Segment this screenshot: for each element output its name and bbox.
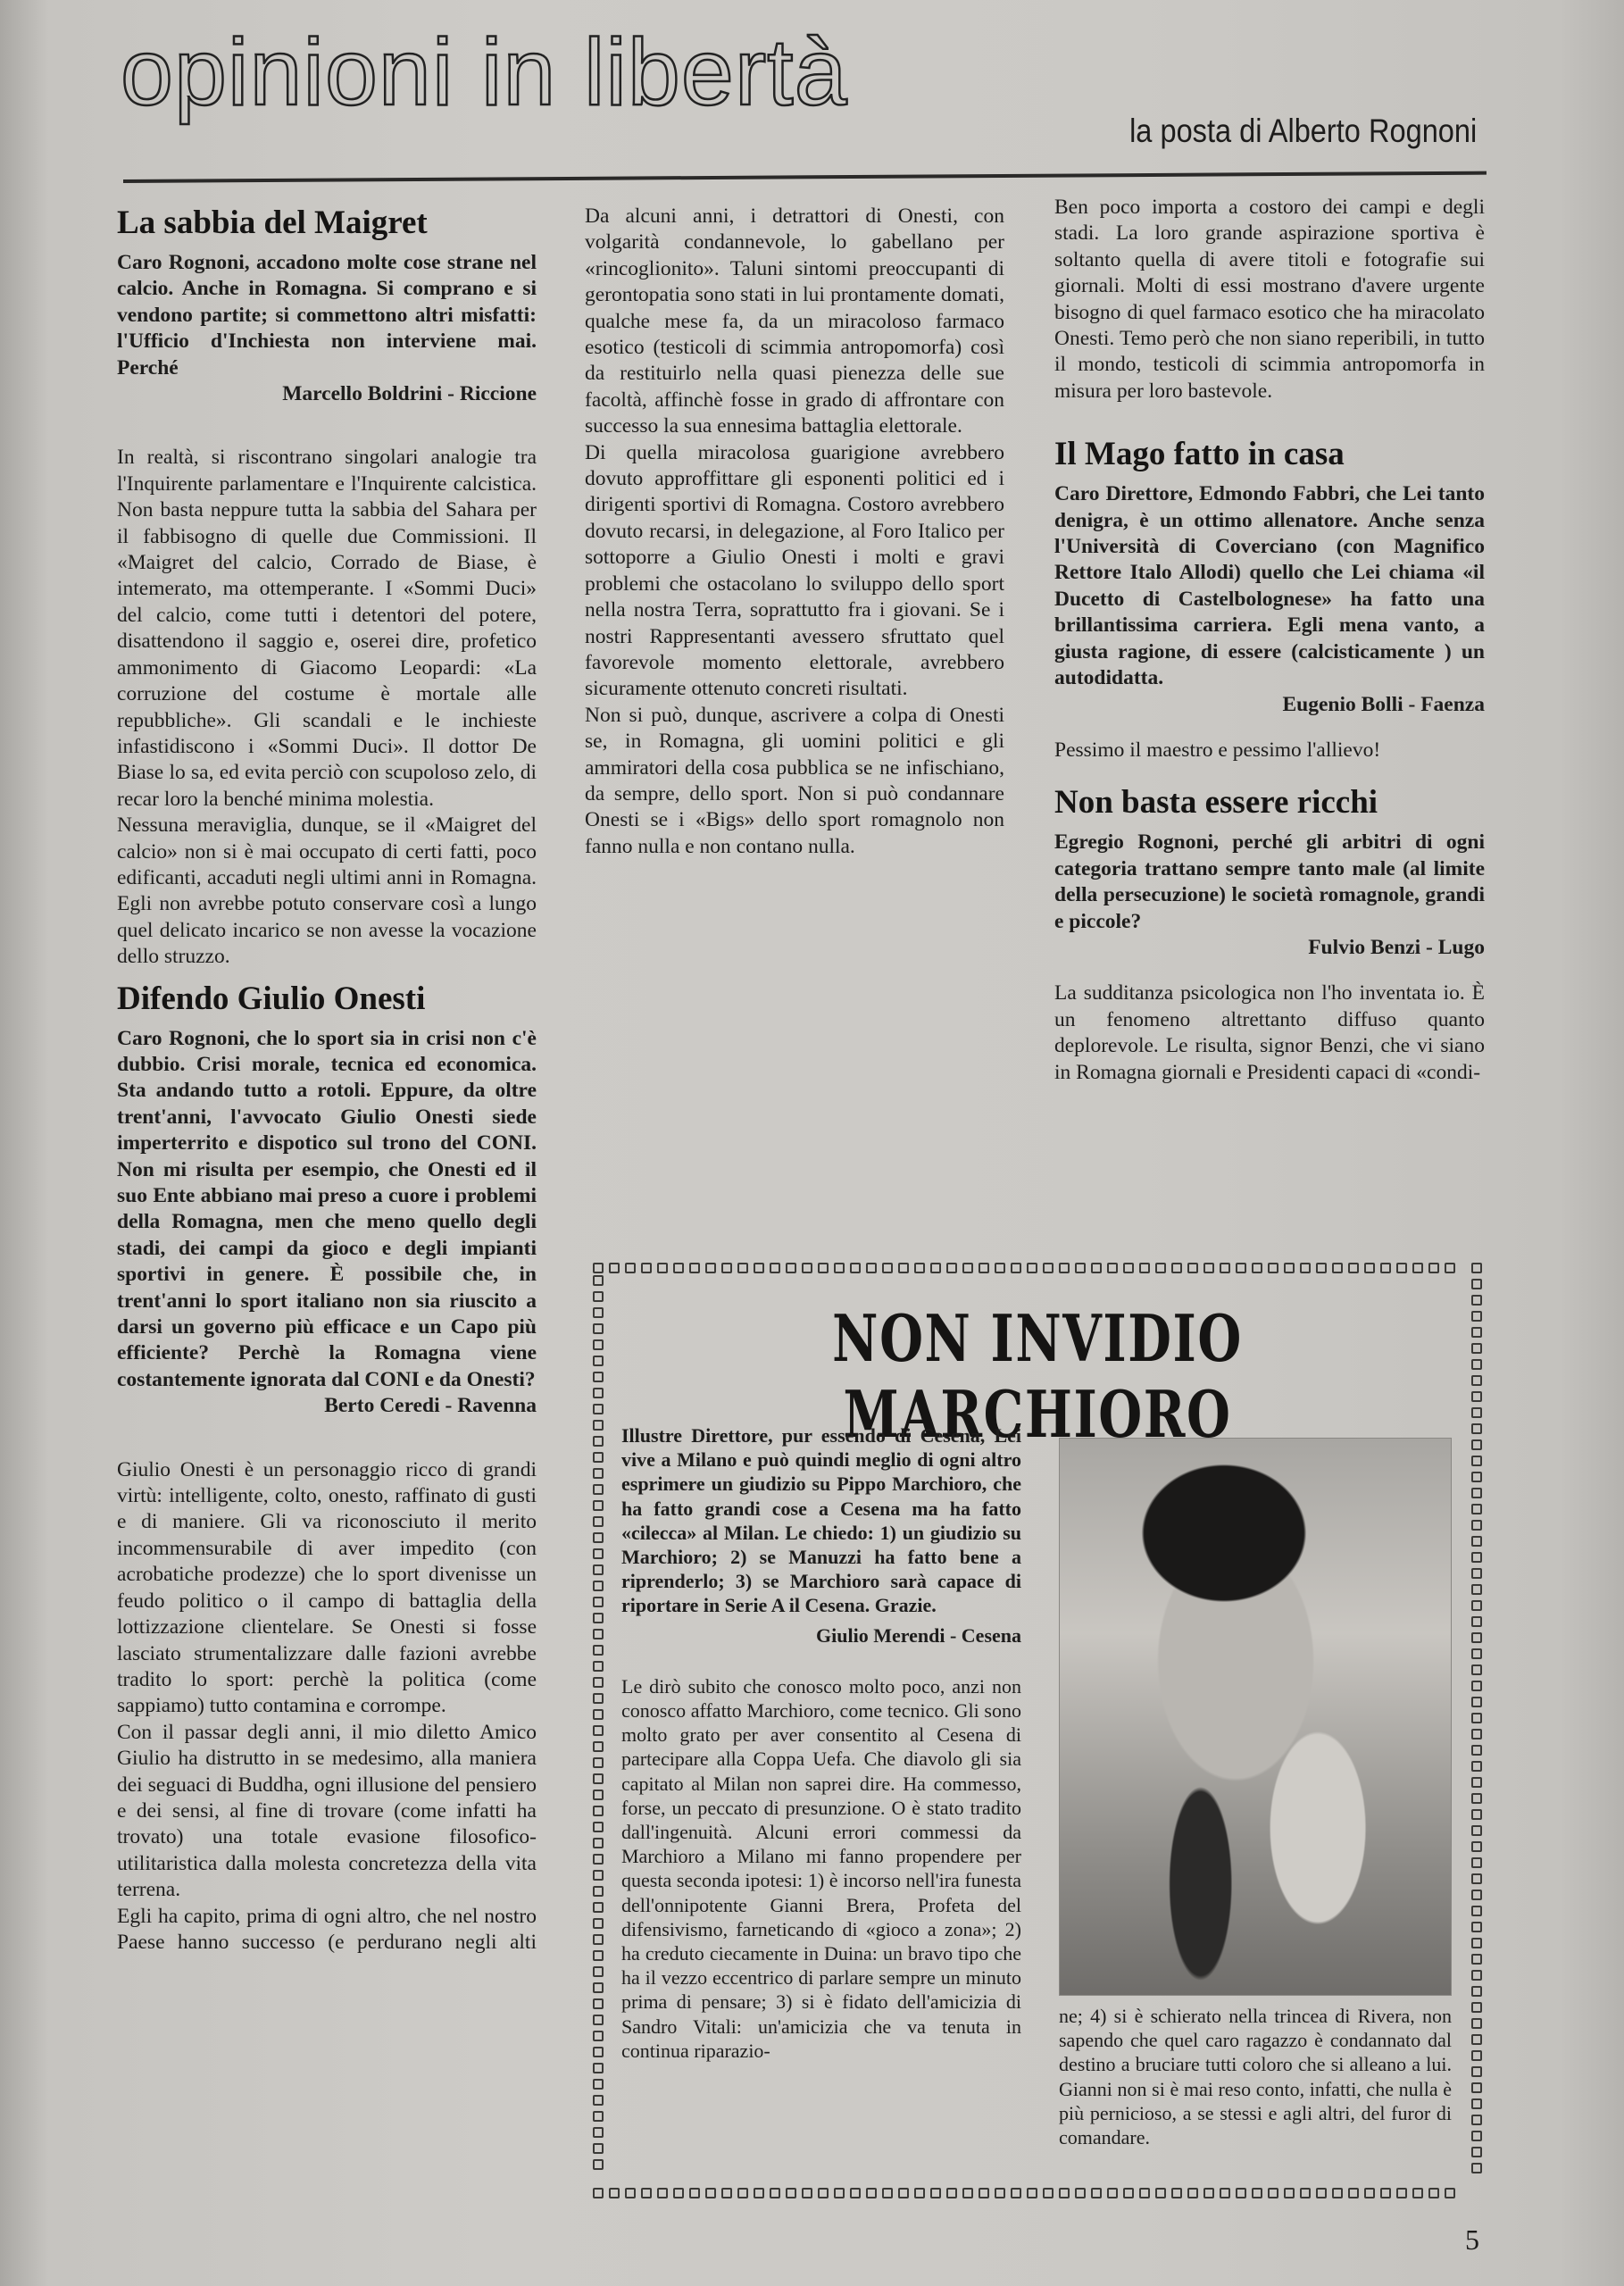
reader-letter: Caro Rognoni, accadono molte cose strane… <box>117 250 537 381</box>
border-square <box>1471 1986 1482 1997</box>
border-square <box>625 2188 636 2198</box>
border-square <box>1284 1263 1295 1273</box>
border-square <box>593 1372 604 1382</box>
border-square <box>898 2188 909 2198</box>
border-square <box>1471 1970 1482 1981</box>
reply-paragraph: In realtà, si riscontrano singolari anal… <box>117 445 537 813</box>
border-square <box>1471 1873 1482 1884</box>
border-square <box>1471 1632 1482 1643</box>
border-square <box>1091 1263 1102 1273</box>
border-square <box>850 1263 861 1273</box>
border-square <box>1471 1359 1482 1370</box>
border-square <box>1471 2082 1482 2093</box>
border-square <box>866 2188 877 2198</box>
border-square <box>641 1263 652 1273</box>
border-square <box>1187 2188 1198 2198</box>
magazine-page: opinioni in libertà la posta di Alberto … <box>0 0 1624 2286</box>
border-square <box>962 2188 973 2198</box>
reader-letter: Caro Direttore, Edmondo Fabbri, che Lei … <box>1054 481 1485 691</box>
border-square <box>593 1693 604 1704</box>
border-square <box>1043 2188 1054 2198</box>
reader-letter: Egregio Rognoni, perché gli arbitri di o… <box>1054 830 1485 935</box>
editor-reply: Giulio Onesti è un personaggio ricco di … <box>117 1457 537 1956</box>
editor-reply-continued: Ben poco importa a costoro dei campi e d… <box>1054 195 1485 405</box>
border-square <box>593 1564 604 1575</box>
border-square <box>1123 1263 1134 1273</box>
border-square <box>593 1436 604 1447</box>
border-square <box>593 1677 604 1688</box>
article-difendo-onesti: Difendo Giulio Onesti Caro Rognoni, che … <box>117 980 537 1956</box>
border-square <box>1471 1841 1482 1852</box>
border-square <box>593 1275 604 1286</box>
border-square <box>1027 2188 1037 2198</box>
border-square <box>1445 1263 1455 1273</box>
border-square <box>1268 1263 1278 1273</box>
border-square <box>1220 2188 1230 2198</box>
byline: la posta di Alberto Rognoni <box>1129 113 1477 150</box>
border-square <box>689 2188 700 2198</box>
border-square <box>1471 1648 1482 1659</box>
border-square <box>1471 1311 1482 1322</box>
border-square <box>1471 2147 1482 2157</box>
border-square <box>593 1323 604 1334</box>
border-square <box>593 2111 604 2122</box>
border-square <box>593 1998 604 2009</box>
border-square <box>1316 2188 1327 2198</box>
border-square <box>770 2188 780 2198</box>
border-dots-right <box>1471 1263 1482 2173</box>
border-square <box>754 1263 764 1273</box>
border-square <box>1396 2188 1407 2198</box>
border-square <box>593 1291 604 1302</box>
border-square <box>1471 1857 1482 1868</box>
border-square <box>1364 2188 1375 2198</box>
reply-paragraph: Ben poco importa a costoro dei campi e d… <box>1054 195 1485 405</box>
border-square <box>1316 1263 1327 1273</box>
border-square <box>770 1263 780 1273</box>
section-title: opinioni in libertà <box>121 25 848 120</box>
border-square <box>1471 1536 1482 1547</box>
border-square <box>1471 1439 1482 1450</box>
border-square <box>1471 1279 1482 1289</box>
border-square <box>1471 2066 1482 2077</box>
border-square <box>1471 1584 1482 1595</box>
border-square <box>593 1597 604 1607</box>
border-square <box>1445 2188 1455 2198</box>
border-square <box>914 2188 925 2198</box>
border-square <box>1236 2188 1246 2198</box>
border-square <box>995 1263 1005 1273</box>
article-headline: Il Mago fatto in casa <box>1054 435 1485 474</box>
border-square <box>593 1709 604 1720</box>
border-square <box>1471 1761 1482 1772</box>
border-square <box>1471 1391 1482 1402</box>
border-square <box>593 1263 604 1273</box>
border-square <box>1412 1263 1423 1273</box>
border-square <box>593 2063 604 2073</box>
border-square <box>1171 2188 1182 2198</box>
letter-signature: Eugenio Bolli - Faenza <box>1054 692 1485 718</box>
border-square <box>593 1870 604 1881</box>
border-square <box>593 1854 604 1865</box>
feature-right-column: ne; 4) si è schierato nella trincea di R… <box>1059 2004 1452 2149</box>
reply-paragraph: Di quella miracolosa guarigione avrebber… <box>585 440 1004 703</box>
border-square <box>979 1263 989 1273</box>
border-square <box>1471 1713 1482 1723</box>
border-square <box>593 1548 604 1559</box>
border-square <box>593 1838 604 1848</box>
border-square <box>593 2159 604 2170</box>
border-square <box>786 2188 796 2198</box>
border-square <box>1348 1263 1359 1273</box>
border-square <box>593 1484 604 1495</box>
letter-signature: Giulio Merendi - Cesena <box>621 1623 1021 1648</box>
reply-paragraph: ne; 4) si è schierato nella trincea di R… <box>1059 2004 1452 2149</box>
border-square <box>1471 1777 1482 1788</box>
border-square <box>1011 2188 1021 2198</box>
border-square <box>1471 1616 1482 1627</box>
border-square <box>593 1966 604 1977</box>
border-square <box>1471 1568 1482 1579</box>
border-square <box>1203 1263 1214 1273</box>
border-square <box>1471 1825 1482 1836</box>
border-square <box>1471 1552 1482 1563</box>
reply-paragraph: Pessimo il maestro e pessimo l'allievo! <box>1054 738 1485 763</box>
border-square <box>1187 1263 1198 1273</box>
border-square <box>1428 1263 1439 1273</box>
border-square <box>593 1806 604 1816</box>
border-square <box>1139 1263 1150 1273</box>
border-square <box>1471 1295 1482 1306</box>
reply-paragraph: Giulio Onesti è un personaggio ricco di … <box>117 1457 537 1720</box>
border-square <box>946 1263 957 1273</box>
border-square <box>1300 1263 1311 1273</box>
border-square <box>1471 1681 1482 1691</box>
border-square <box>593 1420 604 1431</box>
border-square <box>1139 2188 1150 2198</box>
border-square <box>1300 2188 1311 2198</box>
border-square <box>1075 2188 1086 2198</box>
border-square <box>1471 1890 1482 1900</box>
border-square <box>818 2188 829 2198</box>
border-square <box>1471 1520 1482 1531</box>
border-square <box>593 1356 604 1366</box>
border-square <box>593 1500 604 1511</box>
border-square <box>1412 2188 1423 2198</box>
border-square <box>1332 2188 1343 2198</box>
border-square <box>593 1645 604 1656</box>
border-square <box>1155 2188 1166 2198</box>
letter-signature: Berto Ceredi - Ravenna <box>117 1393 537 1419</box>
border-square <box>1364 1263 1375 1273</box>
editor-reply: In realtà, si riscontrano singolari anal… <box>117 445 537 970</box>
letter-signature: Marcello Boldrini - Riccione <box>117 381 537 407</box>
page-number: 5 <box>1465 2223 1479 2257</box>
editor-reply-continued: Da alcuni anni, i detrattori di Onesti, … <box>585 204 1004 860</box>
border-square <box>593 1516 604 1527</box>
border-square <box>1471 1745 1482 1756</box>
border-square <box>593 2015 604 2025</box>
editor-reply: La sudditanza psicologica non l'ho inven… <box>1054 980 1485 1086</box>
border-dots-top <box>593 1263 1455 1273</box>
reply-paragraph: Con il passar degli anni, il mio diletto… <box>117 1720 537 1904</box>
border-square <box>802 2188 812 2198</box>
border-square <box>1027 1263 1037 1273</box>
border-square <box>1332 1263 1343 1273</box>
border-square <box>1471 2002 1482 2013</box>
border-square <box>1043 1263 1054 1273</box>
border-square <box>1471 2034 1482 2045</box>
border-square <box>689 1263 700 1273</box>
column-1: La sabbia del Maigret Caro Rognoni, acca… <box>117 204 537 1956</box>
border-square <box>593 1950 604 1961</box>
border-square <box>930 1263 941 1273</box>
border-square <box>995 2188 1005 2198</box>
border-square <box>1471 1600 1482 1611</box>
border-square <box>593 1307 604 1318</box>
border-square <box>1348 2188 1359 2198</box>
border-square <box>1155 1263 1166 1273</box>
border-square <box>593 1404 604 1414</box>
border-square <box>1471 1423 1482 1434</box>
reply-paragraph: Da alcuni anni, i detrattori di Onesti, … <box>585 204 1004 440</box>
border-square <box>1471 2131 1482 2141</box>
border-square <box>1471 2018 1482 2029</box>
border-square <box>1059 2188 1070 2198</box>
border-square <box>1471 1906 1482 1916</box>
article-headline: La sabbia del Maigret <box>117 204 537 243</box>
border-square <box>593 1918 604 1929</box>
border-square <box>979 2188 989 2198</box>
reply-paragraph: Non si può, dunque, ascrivere a colpa di… <box>585 703 1004 860</box>
border-square <box>593 1934 604 1945</box>
border-square <box>1011 1263 1021 1273</box>
border-square <box>593 1339 604 1350</box>
border-square <box>593 2143 604 2154</box>
border-square <box>1471 1456 1482 1466</box>
border-square <box>593 1388 604 1398</box>
border-square <box>593 2127 604 2138</box>
article-non-basta-ricchi: Non basta essere ricchi Egregio Rognoni,… <box>1054 783 1485 1086</box>
border-square <box>721 2188 732 2198</box>
reply-paragraph: La sudditanza psicologica non l'ho inven… <box>1054 980 1485 1086</box>
column-2: Da alcuni anni, i detrattori di Onesti, … <box>585 204 1004 860</box>
border-square <box>641 2188 652 2198</box>
border-square <box>1091 2188 1102 2198</box>
border-square <box>593 1741 604 1752</box>
border-square <box>1471 1922 1482 1932</box>
reader-letter: Illustre Direttore, pur essendo di Cesen… <box>621 1423 1021 1618</box>
article-headline: Non basta essere ricchi <box>1054 783 1485 822</box>
border-square <box>737 2188 748 2198</box>
column-3: Ben poco importa a costoro dei campi e d… <box>1054 195 1485 1086</box>
border-square <box>946 2188 957 2198</box>
border-square <box>609 2188 620 2198</box>
border-square <box>1471 1263 1482 1273</box>
header-divider <box>123 171 1487 183</box>
reply-paragraph: Nessuna meraviglia, dunque, se il «Maigr… <box>117 813 537 970</box>
border-square <box>834 2188 845 2198</box>
border-square <box>1471 2098 1482 2109</box>
border-square <box>1123 2188 1134 2198</box>
border-square <box>593 1452 604 1463</box>
border-square <box>786 1263 796 1273</box>
portrait-photo <box>1059 1438 1452 1996</box>
border-square <box>705 1263 716 1273</box>
border-square <box>593 2031 604 2041</box>
border-square <box>866 1263 877 1273</box>
article-mago-fatto-in-casa: Il Mago fatto in casa Caro Direttore, Ed… <box>1054 435 1485 763</box>
border-square <box>1075 1263 1086 1273</box>
border-square <box>593 1982 604 1993</box>
border-square <box>1471 1954 1482 1965</box>
border-square <box>1252 1263 1262 1273</box>
border-square <box>1284 2188 1295 2198</box>
border-square <box>1471 1488 1482 1498</box>
border-square <box>1471 2115 1482 2125</box>
article-headline: Difendo Giulio Onesti <box>117 980 537 1019</box>
border-square <box>593 2188 604 2198</box>
border-square <box>1471 1472 1482 1482</box>
border-square <box>721 1263 732 1273</box>
border-square <box>593 1757 604 1768</box>
border-square <box>754 2188 764 2198</box>
border-square <box>593 1613 604 1623</box>
border-square <box>1268 2188 1278 2198</box>
border-square <box>1471 1504 1482 1514</box>
border-square <box>593 1822 604 1832</box>
article-la-sabbia: La sabbia del Maigret Caro Rognoni, acca… <box>117 204 537 971</box>
border-square <box>1471 1375 1482 1386</box>
border-square <box>818 1263 829 1273</box>
border-square <box>930 2188 941 2198</box>
border-square <box>1380 2188 1391 2198</box>
border-square <box>673 1263 684 1273</box>
border-square <box>850 2188 861 2198</box>
border-square <box>1396 1263 1407 1273</box>
feature-box: NON INVIDIO MARCHIORO Illustre Direttore… <box>593 1263 1482 2198</box>
border-square <box>1471 2163 1482 2173</box>
border-square <box>1471 1809 1482 1820</box>
border-square <box>593 1581 604 1591</box>
border-square <box>834 1263 845 1273</box>
border-square <box>1428 2188 1439 2198</box>
border-square <box>593 1773 604 1784</box>
editor-reply: Pessimo il maestro e pessimo l'allievo! <box>1054 738 1485 763</box>
border-square <box>1203 2188 1214 2198</box>
reader-letter: Caro Rognoni, che lo sport sia in crisi … <box>117 1026 537 1394</box>
border-square <box>914 1263 925 1273</box>
border-square <box>593 1886 604 1897</box>
border-square <box>593 1790 604 1800</box>
reply-paragraph: Egli ha capito, prima di ogni altro, che… <box>117 1904 537 1956</box>
border-square <box>705 2188 716 2198</box>
border-dots-bottom <box>593 2188 1455 2198</box>
border-square <box>609 1263 620 1273</box>
border-square <box>1171 1263 1182 1273</box>
border-square <box>1471 1343 1482 1354</box>
border-dots-left <box>593 1275 604 2170</box>
border-square <box>657 2188 668 2198</box>
border-square <box>593 1532 604 1543</box>
border-square <box>593 1661 604 1672</box>
border-square <box>593 2079 604 2090</box>
border-square <box>1471 2050 1482 2061</box>
border-square <box>1471 1664 1482 1675</box>
border-square <box>1471 1793 1482 1804</box>
border-square <box>625 1263 636 1273</box>
border-square <box>1220 1263 1230 1273</box>
border-square <box>1471 1729 1482 1740</box>
border-square <box>1059 1263 1070 1273</box>
border-square <box>1236 1263 1246 1273</box>
border-square <box>1380 1263 1391 1273</box>
reply-paragraph: Le dirò subito che conosco molto poco, a… <box>621 1674 1021 2063</box>
border-square <box>802 1263 812 1273</box>
border-square <box>1471 1407 1482 1418</box>
border-square <box>593 1902 604 1913</box>
border-square <box>1471 1697 1482 1707</box>
border-square <box>673 2188 684 2198</box>
border-square <box>962 1263 973 1273</box>
feature-left-column: Illustre Direttore, pur essendo di Cesen… <box>621 1423 1021 2063</box>
border-square <box>898 1263 909 1273</box>
border-square <box>1252 2188 1262 2198</box>
border-square <box>1107 1263 1118 1273</box>
letter-signature: Fulvio Benzi - Lugo <box>1054 935 1485 961</box>
border-square <box>593 2047 604 2057</box>
border-square <box>593 1725 604 1736</box>
border-square <box>593 1629 604 1639</box>
border-square <box>1471 1938 1482 1948</box>
border-square <box>657 1263 668 1273</box>
border-square <box>882 2188 893 2198</box>
border-square <box>737 1263 748 1273</box>
border-square <box>593 2095 604 2106</box>
border-square <box>882 1263 893 1273</box>
border-square <box>1107 2188 1118 2198</box>
border-square <box>593 1468 604 1479</box>
border-square <box>1471 1327 1482 1338</box>
